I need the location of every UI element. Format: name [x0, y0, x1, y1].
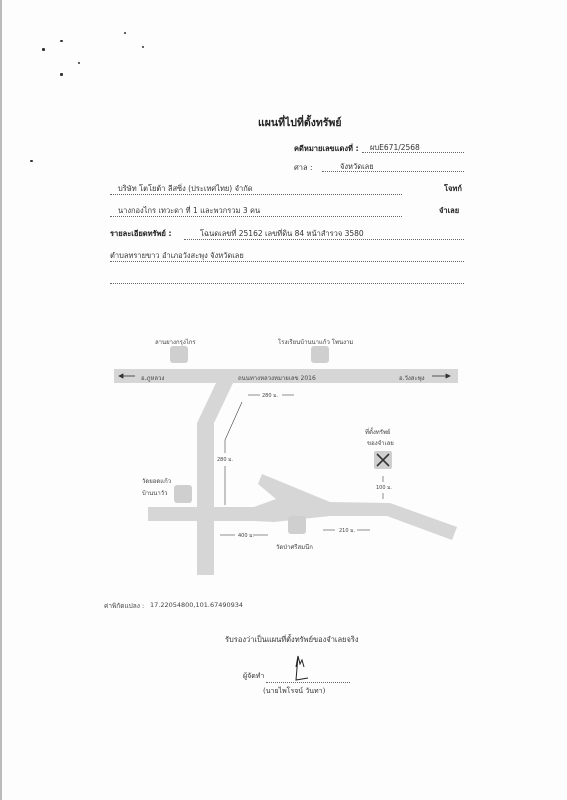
signature-mark [0, 0, 567, 800]
signer-name: (นายไพโรจน์ วันทา) [263, 686, 325, 697]
document-page: แผนที่ไปที่ตั้งทรัพย์ คดีหมายเลขแดงที่ :… [0, 0, 567, 800]
